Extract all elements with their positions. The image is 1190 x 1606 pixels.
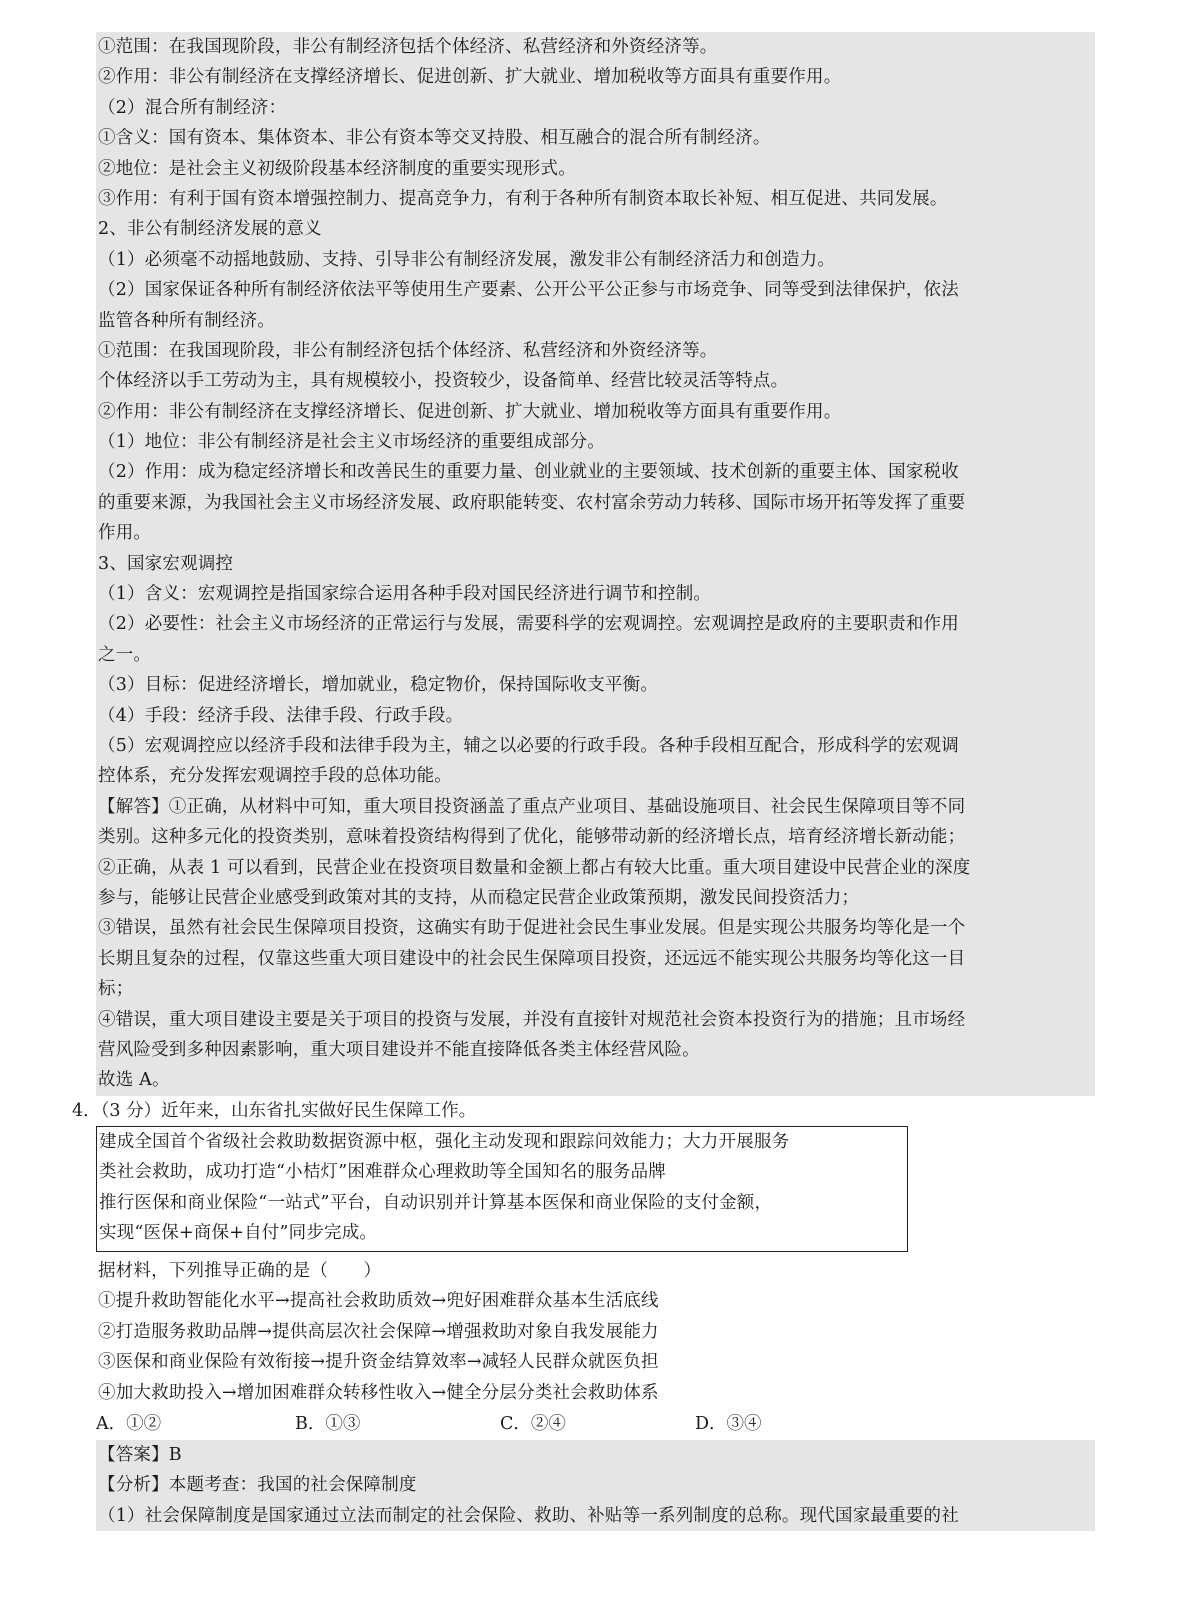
text-line: （3）目标：促进经济增长，增加就业，稳定物价，保持国际收支平衡。 bbox=[96, 670, 1095, 700]
text-line: （2）国家保证各种所有制经济依法平等使用生产要素、公开公平公正参与市场竞争、同等… bbox=[96, 275, 1095, 305]
solution-line: 标； bbox=[96, 974, 1095, 1004]
material-line: 实现“医保+商保+自付”同步完成。 bbox=[99, 1218, 907, 1248]
question-prompt: （3 分）近年来，山东省扎实做好民生保障工作。 bbox=[101, 1101, 476, 1121]
question-stem: 据材料，下列推导正确的是（ ） bbox=[96, 1256, 659, 1286]
text-line: ③作用：有利于国有资本增强控制力、提高竞争力，有利于各种所有制资本取长补短、相互… bbox=[96, 184, 1095, 214]
text-line: （2）必要性：社会主义市场经济的正常运行与发展，需要科学的宏观调控。宏观调控是政… bbox=[96, 609, 1095, 639]
solution-line: ②正确，从表 1 可以看到，民营企业在投资项目数量和金额上都占有较大比重。重大项… bbox=[96, 853, 1095, 883]
solution-line: 参与，能够让民营企业感受到政策对其的支持，从而稳定民营企业政策预期，激发民间投资… bbox=[96, 883, 1095, 913]
text-line: （2）混合所有制经济： bbox=[96, 93, 1095, 123]
text-line: 之一。 bbox=[96, 640, 1095, 670]
text-line: ②作用：非公有制经济在支撑经济增长、促进创新、扩大就业、增加税收等方面具有重要作… bbox=[96, 62, 1095, 92]
statement-2: ②打造服务救助品牌→提供高层次社会保障→增强救助对象自我发展能力 bbox=[96, 1317, 659, 1347]
text-line: ②地位：是社会主义初级阶段基本经济制度的重要实现形式。 bbox=[96, 154, 1095, 184]
text-line: （5）宏观调控应以经济手段和法律手段为主，辅之以必要的行政手段。各种手段相互配合… bbox=[96, 731, 1095, 761]
text-line: （1）社会保障制度是国家通过立法而制定的社会保险、救助、补贴等一系列制度的总称。… bbox=[96, 1501, 1095, 1531]
analysis-line: 【分析】本题考查：我国的社会保障制度 bbox=[96, 1470, 1095, 1500]
solution-line: 营风险受到多种因素影响，重大项目建设并不能直接降低各类主体经营风险。 bbox=[96, 1035, 1095, 1065]
solution-line: 类别。这种多元化的投资类别，意味着投资结构得到了优化，能够带动新的经济增长点，培… bbox=[96, 822, 1095, 852]
explanation-block-2: 【答案】B 【分析】本题考查：我国的社会保障制度 （1）社会保障制度是国家通过立… bbox=[96, 1440, 1095, 1531]
answer-options: A．①② B．①③ C．②④ D．③④ bbox=[0, 1409, 1190, 1439]
statement-4: ④加大救助投入→增加困难群众转移性收入→健全分层分类社会救助体系 bbox=[96, 1378, 659, 1408]
option-c[interactable]: C．②④ bbox=[500, 1409, 566, 1439]
text-line: （1）地位：非公有制经济是社会主义市场经济的重要组成部分。 bbox=[96, 427, 1095, 457]
section-heading: 2、非公有制经济发展的意义 bbox=[96, 214, 1095, 244]
solution-line: ④错误，重大项目建设主要是关于项目的投资与发展，并没有直接针对规范社会资本投资行… bbox=[96, 1005, 1095, 1035]
option-b[interactable]: B．①③ bbox=[295, 1409, 360, 1439]
text-line: 的重要来源，为我国社会主义市场经济发展、政府职能转变、农村富余劳动力转移、国际市… bbox=[96, 488, 1095, 518]
text-line: （2）作用：成为稳定经济增长和改善民生的重要力量、创业就业的主要领域、技术创新的… bbox=[96, 457, 1095, 487]
section-heading: 3、国家宏观调控 bbox=[96, 549, 1095, 579]
question-stem-block: 据材料，下列推导正确的是（ ） ①提升救助智能化水平→提高社会救助质效→兜好困难… bbox=[96, 1256, 659, 1408]
solution-line: ③错误，虽然有社会民生保障项目投资，这确实有助于促进社会民生事业发展。但是实现公… bbox=[96, 913, 1095, 943]
text-line: 控体系，充分发挥宏观调控手段的总体功能。 bbox=[96, 761, 1095, 791]
statement-1: ①提升救助智能化水平→提高社会救助质效→兜好困难群众基本生活底线 bbox=[96, 1286, 659, 1316]
material-line: 建成全国首个省级社会救助数据资源中枢，强化主动发现和跟踪问效能力；大力开展服务 bbox=[99, 1127, 907, 1157]
text-line: （4）手段：经济手段、法律手段、行政手段。 bbox=[96, 701, 1095, 731]
solution-line: 长期且复杂的过程，仅靠这些重大项目建设中的社会民生保障项目投资，还远远不能实现公… bbox=[96, 944, 1095, 974]
text-line: 作用。 bbox=[96, 518, 1095, 548]
question-number: 4． bbox=[72, 1101, 101, 1121]
material-line: 类社会救助，成功打造“小桔灯”困难群众心理救助等全国知名的服务品牌 bbox=[99, 1157, 907, 1187]
material-box: 建成全国首个省级社会救助数据资源中枢，强化主动发现和跟踪问效能力；大力开展服务 … bbox=[96, 1126, 908, 1252]
explanation-block-1: ①范围：在我国现阶段，非公有制经济包括个体经济、私营经济和外资经济等。 ②作用：… bbox=[96, 32, 1095, 1096]
statement-3: ③医保和商业保险有效衔接→提升资金结算效率→减轻人民群众就医负担 bbox=[96, 1347, 659, 1377]
text-line: ②作用：非公有制经济在支撑经济增长、促进创新、扩大就业、增加税收等方面具有重要作… bbox=[96, 397, 1095, 427]
option-d[interactable]: D．③④ bbox=[695, 1409, 762, 1439]
solution-line: 【解答】①正确，从材料中可知，重大项目投资涵盖了重点产业项目、基础设施项目、社会… bbox=[96, 792, 1095, 822]
text-line: 监管各种所有制经济。 bbox=[96, 306, 1095, 336]
text-line: （1）含义：宏观调控是指国家综合运用各种手段对国民经济进行调节和控制。 bbox=[96, 579, 1095, 609]
answer-line: 【答案】B bbox=[96, 1440, 1095, 1470]
text-line: ①范围：在我国现阶段，非公有制经济包括个体经济、私营经济和外资经济等。 bbox=[96, 336, 1095, 366]
text-line: ①含义：国有资本、集体资本、非公有资本等交叉持股、相互融合的混合所有制经济。 bbox=[96, 123, 1095, 153]
material-line: 推行医保和商业保险“一站式”平台，自动识别并计算基本医保和商业保险的支付金额， bbox=[99, 1188, 907, 1218]
final-choice: 故选 A。 bbox=[96, 1065, 1095, 1095]
text-line: （1）必须毫不动摇地鼓励、支持、引导非公有制经济发展，激发非公有制经济活力和创造… bbox=[96, 245, 1095, 275]
text-line: 个体经济以手工劳动为主，具有规模较小，投资较少，设备简单、经营比较灵活等特点。 bbox=[96, 366, 1095, 396]
question-4-header: 4．（3 分）近年来，山东省扎实做好民生保障工作。 bbox=[72, 1096, 476, 1126]
option-a[interactable]: A．①② bbox=[96, 1409, 161, 1439]
text-line: ①范围：在我国现阶段，非公有制经济包括个体经济、私营经济和外资经济等。 bbox=[96, 32, 1095, 62]
